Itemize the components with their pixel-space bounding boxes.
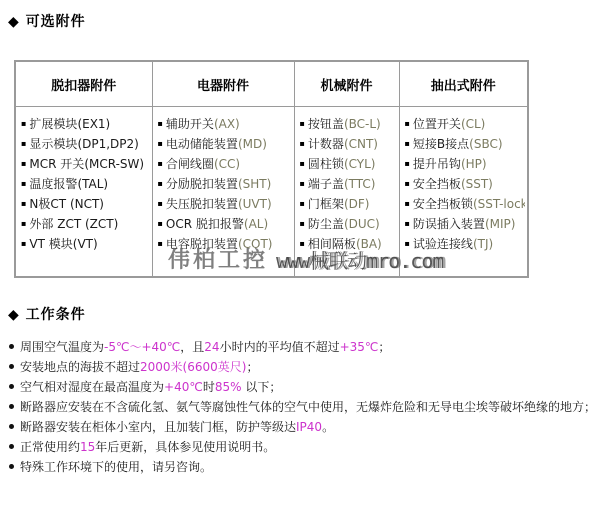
square-bullet-icon: ▪ <box>21 199 26 208</box>
accessory-item: ▪提升吊钩(HP) <box>404 154 526 174</box>
section-title-working-conditions: ◆ 工作条件 <box>0 278 616 324</box>
condition-text: 时 <box>203 380 215 394</box>
accessory-item: ▪失压脱扣装置(UVT) <box>157 194 292 214</box>
square-bullet-icon: ▪ <box>158 219 163 228</box>
round-bullet-icon <box>9 344 14 349</box>
accessory-label: 按钮盖 <box>308 117 344 131</box>
square-bullet-icon: ▪ <box>300 119 305 128</box>
accessory-label: 端子盖 <box>308 177 344 191</box>
condition-line: 安装地点的海拔不超过2000米(6600英尺)； <box>9 357 606 377</box>
accessory-code: (CL) <box>461 117 485 131</box>
accessory-label: 安全挡板锁 <box>413 197 473 211</box>
accessory-item: ▪防误插入装置(MIP) <box>404 214 526 234</box>
accessories-table-body-row: ▪扩展模块(EX1)▪显示模块(DP1,DP2)▪MCR 开关(MCR-SW)▪… <box>15 107 528 278</box>
column-header-3: 抽出式附件 <box>399 61 528 107</box>
section-title-optional-accessories: ◆ 可选附件 <box>0 0 616 31</box>
accessory-item: ▪短接B接点(SBC) <box>404 134 526 154</box>
accessory-item: ▪门框架(DF) <box>299 194 397 214</box>
round-bullet-icon <box>9 444 14 449</box>
condition-value: 2000米(6600英尺) <box>140 360 246 374</box>
accessory-code: (COT) <box>238 237 273 251</box>
accessory-label: 短接B接点 <box>413 137 469 151</box>
accessory-code: (DF) <box>344 197 370 211</box>
accessory-label: 门框架 <box>308 197 344 211</box>
accessory-label: 计数器 <box>308 137 344 151</box>
accessory-label: 电动储能装置 <box>166 137 238 151</box>
accessory-item: ▪VT 模块(VT) <box>20 234 150 254</box>
accessory-code: (BC-L) <box>344 117 381 131</box>
accessory-item: ▪端子盖(TTC) <box>299 174 397 194</box>
square-bullet-icon: ▪ <box>21 239 26 248</box>
accessory-code: (AL) <box>244 217 268 231</box>
accessory-item: ▪计数器(CNT) <box>299 134 397 154</box>
accessory-label: 温度报警 <box>29 177 77 191</box>
accessory-label: 扩展模块 <box>29 117 77 131</box>
square-bullet-icon: ▪ <box>21 119 26 128</box>
square-bullet-icon: ▪ <box>300 139 305 148</box>
column-header-2: 机械附件 <box>294 61 399 107</box>
square-bullet-icon: ▪ <box>21 159 26 168</box>
accessory-label: 试验连接线 <box>413 237 473 251</box>
accessory-label: VT 模块 <box>29 237 72 251</box>
condition-line: 断路器安装在柜体小室内，且加装门框，防护等级达IP40。 <box>9 417 606 437</box>
condition-line: 断路器应安装在不含硫化氢、氨气等腐蚀性气体的空气中使用，无爆炸危险和无导电尘埃等… <box>9 397 606 417</box>
condition-text: 断路器安装在柜体小室内，且加装门框，防护等级达 <box>20 420 296 434</box>
square-bullet-icon: ▪ <box>158 239 163 248</box>
accessory-label: 安全挡板 <box>413 177 461 191</box>
condition-text: 小时内的平均值不超过 <box>220 340 340 354</box>
accessory-item: ▪电容脱扣装置(COT) <box>157 234 292 254</box>
accessory-label: 防误插入装置 <box>413 217 485 231</box>
accessory-label: 辅助开关 <box>166 117 214 131</box>
accessory-label: 提升吊钩 <box>413 157 461 171</box>
accessory-code: (CNT) <box>344 137 378 151</box>
accessory-item: ▪OCR 脱扣报警(AL) <box>157 214 292 234</box>
document-page: ◆ 可选附件 脱扣器附件电器附件机械附件抽出式附件 ▪扩展模块(EX1)▪显示模… <box>0 0 616 511</box>
accessory-item: ▪合闸线圈(CC) <box>157 154 292 174</box>
square-bullet-icon: ▪ <box>21 139 26 148</box>
condition-text: ； <box>246 360 258 374</box>
condition-text: 以下； <box>242 380 282 394</box>
column-cell-2: ▪按钮盖(BC-L)▪计数器(CNT)▪圆柱锁(CYL)▪端子盖(TTC)▪门框… <box>294 107 399 278</box>
accessory-code: (SBC) <box>469 137 502 151</box>
condition-text: ； <box>378 340 390 354</box>
accessory-item: ▪试验连接线(TJ) <box>404 234 526 254</box>
column-cell-1: ▪辅助开关(AX)▪电动储能装置(MD)▪合闸线圈(CC)▪分励脱扣装置(SHT… <box>152 107 294 278</box>
round-bullet-icon <box>9 404 14 409</box>
accessory-code: (NCT) <box>70 197 104 211</box>
square-bullet-icon: ▪ <box>405 219 410 228</box>
accessory-item: ▪显示模块(DP1,DP2) <box>20 134 150 154</box>
round-bullet-icon <box>9 384 14 389</box>
accessories-table-header-row: 脱扣器附件电器附件机械附件抽出式附件 <box>15 61 528 107</box>
accessory-item: ▪电动储能装置(MD) <box>157 134 292 154</box>
accessory-code: (UVT) <box>238 197 272 211</box>
square-bullet-icon: ▪ <box>405 139 410 148</box>
square-bullet-icon: ▪ <box>405 239 410 248</box>
condition-value: +35℃ <box>340 340 379 354</box>
accessory-label: OCR 脱扣报警 <box>166 217 244 231</box>
condition-value: 85% <box>215 380 242 394</box>
accessory-code: (DP1,DP2) <box>77 137 138 151</box>
square-bullet-icon: ▪ <box>405 119 410 128</box>
condition-text: 周围空气温度为 <box>20 340 104 354</box>
square-bullet-icon: ▪ <box>405 199 410 208</box>
condition-value: IP40 <box>296 420 322 434</box>
condition-text: 。 <box>322 420 334 434</box>
accessory-label: 分励脱扣装置 <box>166 177 238 191</box>
square-bullet-icon: ▪ <box>158 199 163 208</box>
square-bullet-icon: ▪ <box>158 179 163 188</box>
accessory-label: 失压脱扣装置 <box>166 197 238 211</box>
square-bullet-icon: ▪ <box>405 179 410 188</box>
accessory-label: 外部 ZCT <box>29 217 85 231</box>
accessory-code: (SST-lock) <box>473 197 525 211</box>
accessory-item: ▪安全挡板(SST) <box>404 174 526 194</box>
square-bullet-icon: ▪ <box>21 219 26 228</box>
column-cell-0: ▪扩展模块(EX1)▪显示模块(DP1,DP2)▪MCR 开关(MCR-SW)▪… <box>15 107 152 278</box>
square-bullet-icon: ▪ <box>158 119 163 128</box>
accessory-item: ▪相间隔板(BA) <box>299 234 397 254</box>
accessory-code: (TJ) <box>473 237 493 251</box>
accessories-table: 脱扣器附件电器附件机械附件抽出式附件 ▪扩展模块(EX1)▪显示模块(DP1,D… <box>14 60 529 278</box>
condition-text: ，且 <box>180 340 204 354</box>
accessory-item: ▪外部 ZCT (ZCT) <box>20 214 150 234</box>
working-conditions-list: 周围空气温度为-5℃～+40℃，且24小时内的平均值不超过+35℃；安装地点的海… <box>9 337 606 477</box>
accessory-label: MCR 开关 <box>29 157 84 171</box>
condition-value: +40℃ <box>164 380 203 394</box>
accessory-item: ▪MCR 开关(MCR-SW) <box>20 154 150 174</box>
square-bullet-icon: ▪ <box>158 159 163 168</box>
condition-text: 空气相对湿度在最高温度为 <box>20 380 164 394</box>
accessory-item: ▪圆柱锁(CYL) <box>299 154 397 174</box>
condition-value: 24 <box>204 340 219 354</box>
condition-line: 空气相对湿度在最高温度为+40℃时85% 以下； <box>9 377 606 397</box>
square-bullet-icon: ▪ <box>21 179 26 188</box>
accessory-code: (SHT) <box>238 177 271 191</box>
accessory-code: (EX1) <box>77 117 110 131</box>
condition-text: 正常使用约 <box>20 440 80 454</box>
accessory-code: (DUC) <box>344 217 380 231</box>
accessory-item: ▪扩展模块(EX1) <box>20 114 150 134</box>
condition-line: 周围空气温度为-5℃～+40℃，且24小时内的平均值不超过+35℃； <box>9 337 606 357</box>
accessory-label: 圆柱锁 <box>308 157 344 171</box>
accessory-code: (TTC) <box>344 177 376 191</box>
accessory-code: (CYL) <box>344 157 376 171</box>
square-bullet-icon: ▪ <box>300 219 305 228</box>
column-cell-3: ▪位置开关(CL)▪短接B接点(SBC)▪提升吊钩(HP)▪安全挡板(SST)▪… <box>399 107 528 278</box>
round-bullet-icon <box>9 364 14 369</box>
condition-value: 15 <box>80 440 95 454</box>
square-bullet-icon: ▪ <box>300 239 305 248</box>
accessory-code: (ZCT) <box>85 217 118 231</box>
accessory-item: ▪温度报警(TAL) <box>20 174 150 194</box>
accessory-label: 显示模块 <box>29 137 77 151</box>
condition-text: 年后更新，具体参见使用说明书。 <box>95 440 275 454</box>
accessory-item: ▪辅助开关(AX) <box>157 114 292 134</box>
accessory-code: (MD) <box>238 137 267 151</box>
accessory-label: N极CT <box>29 197 70 211</box>
accessory-code: (MIP) <box>485 217 516 231</box>
square-bullet-icon: ▪ <box>300 199 305 208</box>
accessory-label: 合闸线圈 <box>166 157 214 171</box>
accessory-code: (MCR-SW) <box>84 157 144 171</box>
accessory-code: (AX) <box>214 117 240 131</box>
column-header-1: 电器附件 <box>152 61 294 107</box>
condition-text: 安装地点的海拔不超过 <box>20 360 140 374</box>
square-bullet-icon: ▪ <box>300 179 305 188</box>
condition-value: -5℃～+40℃ <box>104 340 180 354</box>
square-bullet-icon: ▪ <box>158 139 163 148</box>
accessory-code: (SST) <box>461 177 493 191</box>
accessory-label: 位置开关 <box>413 117 461 131</box>
accessory-item: ▪按钮盖(BC-L) <box>299 114 397 134</box>
square-bullet-icon: ▪ <box>300 159 305 168</box>
condition-line: 特殊工作环境下的使用，请另咨询。 <box>9 457 606 477</box>
condition-line: 正常使用约15年后更新，具体参见使用说明书。 <box>9 437 606 457</box>
accessory-label: 防尘盖 <box>308 217 344 231</box>
square-bullet-icon: ▪ <box>405 159 410 168</box>
accessory-item: ▪N极CT (NCT) <box>20 194 150 214</box>
accessory-code: (CC) <box>214 157 240 171</box>
accessory-code: (TAL) <box>77 177 108 191</box>
accessory-code: (VT) <box>73 237 98 251</box>
accessory-item: ▪分励脱扣装置(SHT) <box>157 174 292 194</box>
accessory-item: ▪位置开关(CL) <box>404 114 526 134</box>
condition-text: 断路器应安装在不含硫化氢、氨气等腐蚀性气体的空气中使用，无爆炸危险和无导电尘埃等… <box>20 400 596 414</box>
accessory-label: 电容脱扣装置 <box>166 237 238 251</box>
accessory-code: (HP) <box>461 157 487 171</box>
column-header-0: 脱扣器附件 <box>15 61 152 107</box>
round-bullet-icon <box>9 424 14 429</box>
accessory-code: (BA) <box>356 237 382 251</box>
accessory-item: ▪安全挡板锁(SST-lock) <box>404 194 526 214</box>
condition-text: 特殊工作环境下的使用，请另咨询。 <box>20 460 212 474</box>
accessory-item: ▪防尘盖(DUC) <box>299 214 397 234</box>
round-bullet-icon <box>9 464 14 469</box>
accessory-label: 相间隔板 <box>308 237 356 251</box>
